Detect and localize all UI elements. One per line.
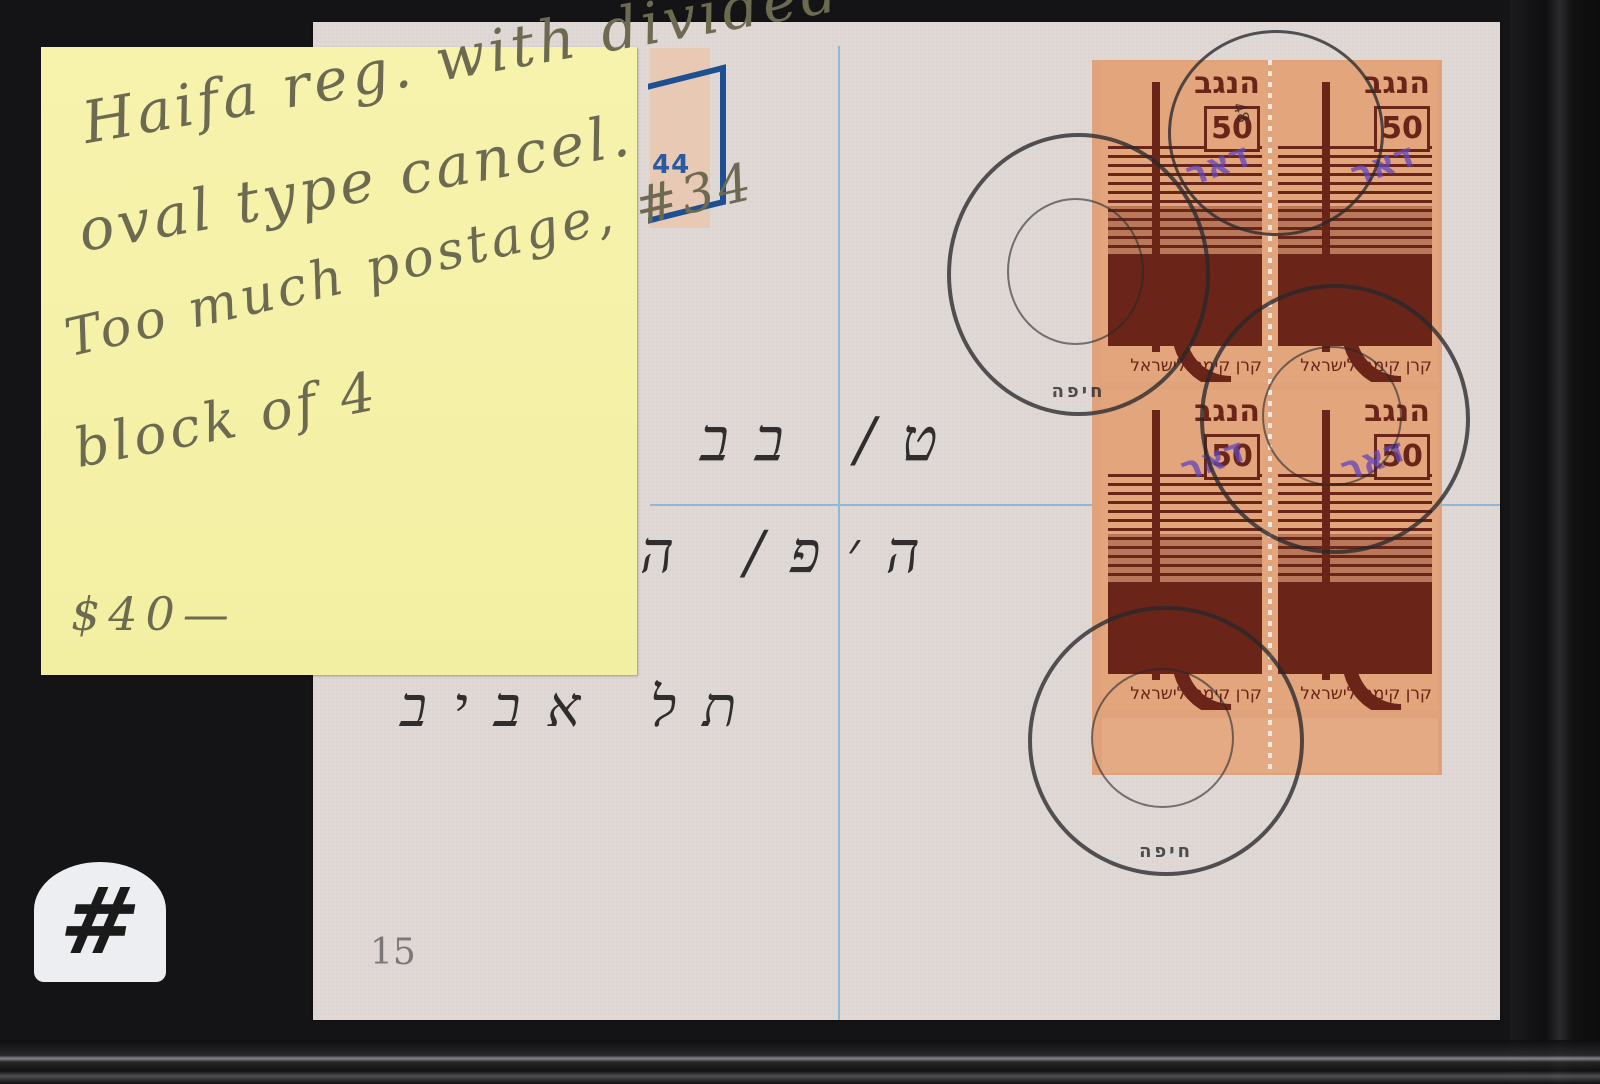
postmark-date: 48: [1229, 100, 1254, 126]
postmark: [1200, 284, 1470, 554]
address-line-3: תל אביב: [400, 675, 762, 740]
sleeve-bottom-edge: [0, 1040, 1600, 1084]
postmark-city: חיפה: [951, 381, 1206, 402]
postmark-dated: 48: [1168, 30, 1384, 236]
inventory-tag: #: [34, 862, 166, 982]
address-line-2: ה׳פ/ ה: [640, 518, 946, 586]
sleeve-right-edge: [1510, 0, 1600, 1084]
stamp-caption: קרן קימת לישראל: [1300, 684, 1432, 704]
sticky-note: Haifa reg. with divided oval type cancel…: [41, 47, 637, 675]
postmark-inner-ring: [1262, 346, 1402, 486]
postmark: חיפה: [947, 133, 1210, 416]
address-line-1: ט/ בב: [700, 405, 963, 475]
pencil-mark: 15: [370, 932, 416, 973]
note-line: block of 4: [69, 359, 384, 480]
postmark-inner-ring: [1091, 668, 1234, 808]
postmark: חיפה: [1028, 606, 1304, 876]
note-price: $40—: [71, 587, 237, 641]
postmark-city: חיפה: [1032, 841, 1300, 862]
postmark-inner-ring: [1007, 198, 1144, 345]
inventory-mark: #: [25, 868, 176, 975]
